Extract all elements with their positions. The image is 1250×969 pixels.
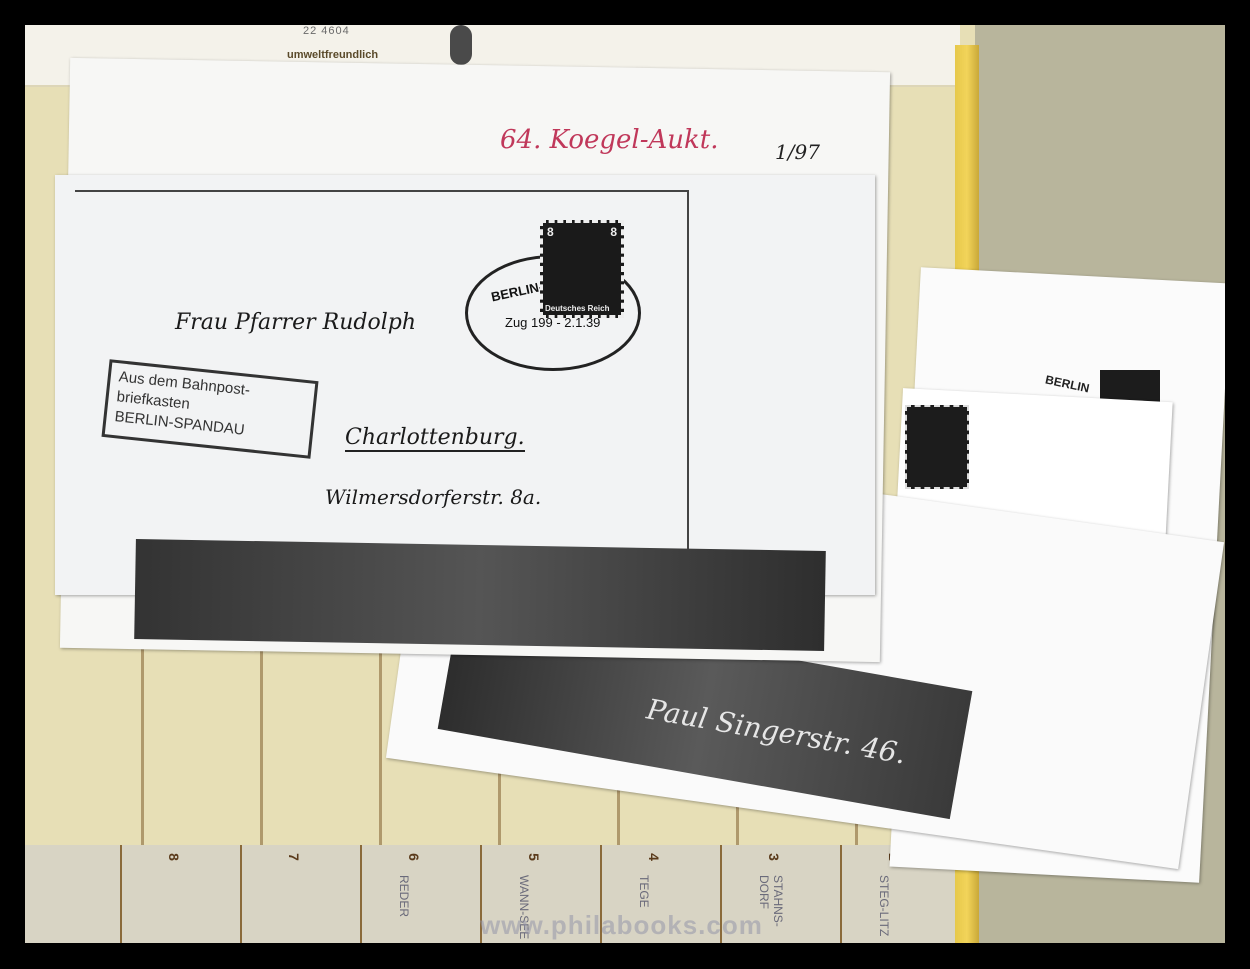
addressee-line-3: Wilmersdorferstr. 8a.: [325, 485, 541, 509]
addressee-line-1: Frau Pfarrer Rudolph: [175, 310, 416, 335]
binder-brand-line: umweltfreundlich: [287, 49, 378, 61]
photo: 22 4604 umweltfreundlich 2STEG-LITZ 3STA…: [25, 25, 1225, 943]
index-tab: 8: [120, 845, 240, 943]
index-tab: 7: [240, 845, 360, 943]
addressee-line-2: Charlottenburg.: [345, 425, 525, 452]
cover-shadow-strip: [134, 539, 826, 651]
auction-date: 1/97: [775, 140, 820, 164]
auction-note: 64. Koegel-Aukt.: [500, 125, 719, 155]
punch-hole: [450, 25, 472, 65]
index-tab: 6REDER: [360, 845, 480, 943]
watermark: www.philabooks.com: [480, 910, 763, 941]
stamp-image: 8 8 Deutsches Reich: [540, 220, 624, 318]
binder-sku: 22 4604: [303, 25, 350, 37]
stamp-image: [905, 405, 969, 489]
